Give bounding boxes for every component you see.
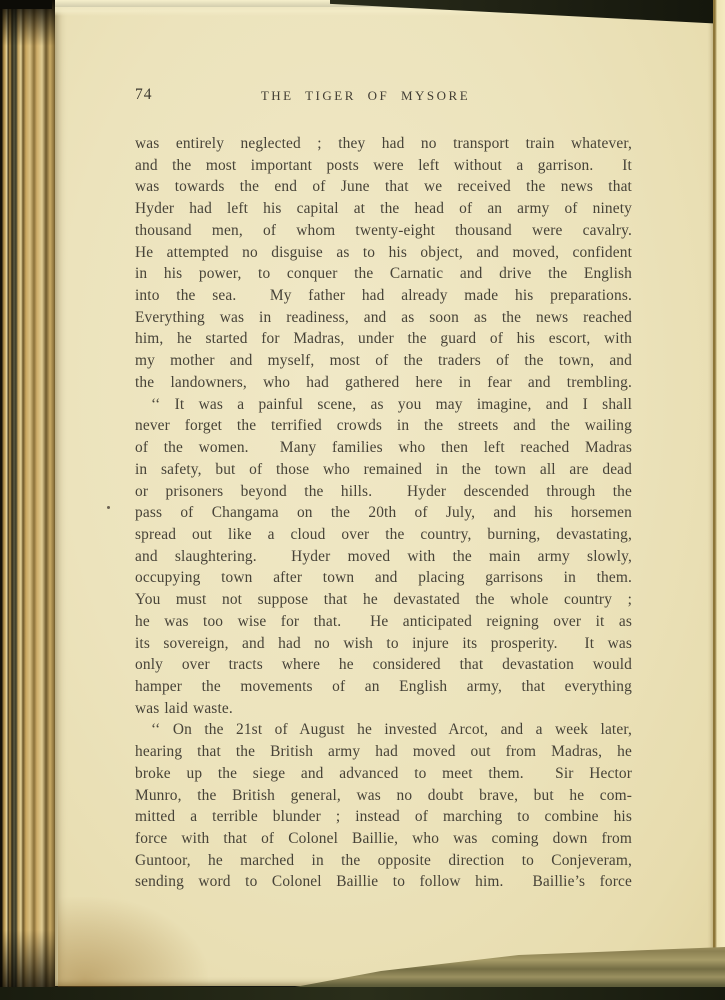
text-line: Everything was in readiness, and as soon… bbox=[135, 307, 632, 329]
bottom-cover-strip bbox=[0, 987, 725, 1000]
foxing-stain bbox=[58, 897, 208, 987]
text-line: or prisoners beyond the hills. Hyder des… bbox=[135, 481, 632, 503]
right-page-edge bbox=[713, 0, 725, 970]
text-line: hearing that the British army had moved … bbox=[135, 741, 632, 763]
text-line: He attempted no disguise as to his objec… bbox=[135, 242, 632, 264]
text-line: ‘‘ On the 21st of August he invested Arc… bbox=[135, 719, 632, 741]
text-line: and slaughtering. Hyder moved with the m… bbox=[135, 546, 632, 568]
text-line: broke up the siege and advanced to meet … bbox=[135, 763, 632, 785]
text-line: in his power, to conquer the Carnatic an… bbox=[135, 263, 632, 285]
text-line: him, he started for Madras, under the gu… bbox=[135, 328, 632, 350]
text-line: only over tracts where he considered tha… bbox=[135, 654, 632, 676]
body-text: was entirely neglected ; they had no tra… bbox=[135, 133, 632, 893]
running-title: THE TIGER OF MYSORE bbox=[135, 88, 596, 104]
text-line: in safety, but of those who remained in … bbox=[135, 459, 632, 481]
text-line: You must not suppose that he devastated … bbox=[135, 589, 632, 611]
text-line: the landowners, who had gathered here in… bbox=[135, 372, 632, 394]
text-line: spread out like a cloud over the country… bbox=[135, 524, 632, 546]
text-line: never forget the terrified crowds in the… bbox=[135, 415, 632, 437]
text-line: force with that of Colonel Baillie, who … bbox=[135, 828, 632, 850]
text-line: its sovereign, and had no wish to injure… bbox=[135, 633, 632, 655]
text-line: was laid waste. bbox=[135, 698, 632, 720]
text-line: Guntoor, he marched in the opposite dire… bbox=[135, 850, 632, 872]
text-line: my mother and myself, most of the trader… bbox=[135, 350, 632, 372]
text-line: and the most important posts were left w… bbox=[135, 155, 632, 177]
text-line: sending word to Colonel Baillie to follo… bbox=[135, 871, 632, 893]
text-line: of the women. Many families who then lef… bbox=[135, 437, 632, 459]
book-spine-page-edges bbox=[0, 0, 58, 1000]
text-line: hamper the movements of an English army,… bbox=[135, 676, 632, 698]
text-line: Munro, the British general, was no doubt… bbox=[135, 785, 632, 807]
page-header: 74 THE TIGER OF MYSORE bbox=[135, 86, 632, 108]
text-line: was towards the end of June that we rece… bbox=[135, 176, 632, 198]
text-line: thousand men, of whom twenty-eight thous… bbox=[135, 220, 632, 242]
text-line: occupying town after town and placing ga… bbox=[135, 567, 632, 589]
text-line: pass of Changama on the 20th of July, an… bbox=[135, 502, 632, 524]
text-line: ‘‘ It was a painful scene, as you may im… bbox=[135, 394, 632, 416]
paragraph: ‘‘ It was a painful scene, as you may im… bbox=[135, 394, 632, 720]
text-line: mitted a terrible blunder ; instead of m… bbox=[135, 806, 632, 828]
paragraph: was entirely neglected ; they had no tra… bbox=[135, 133, 632, 394]
text-line: was entirely neglected ; they had no tra… bbox=[135, 133, 632, 155]
book-scan: 74 THE TIGER OF MYSORE was entirely negl… bbox=[0, 0, 725, 1000]
ink-speck bbox=[107, 506, 110, 509]
text-line: he was too wise for that. He anticipated… bbox=[135, 611, 632, 633]
text-line: into the sea. My father had already made… bbox=[135, 285, 632, 307]
text-line: Hyder had left his capital at the head o… bbox=[135, 198, 632, 220]
paragraph: ‘‘ On the 21st of August he invested Arc… bbox=[135, 719, 632, 893]
top-left-shadow bbox=[0, 0, 52, 9]
